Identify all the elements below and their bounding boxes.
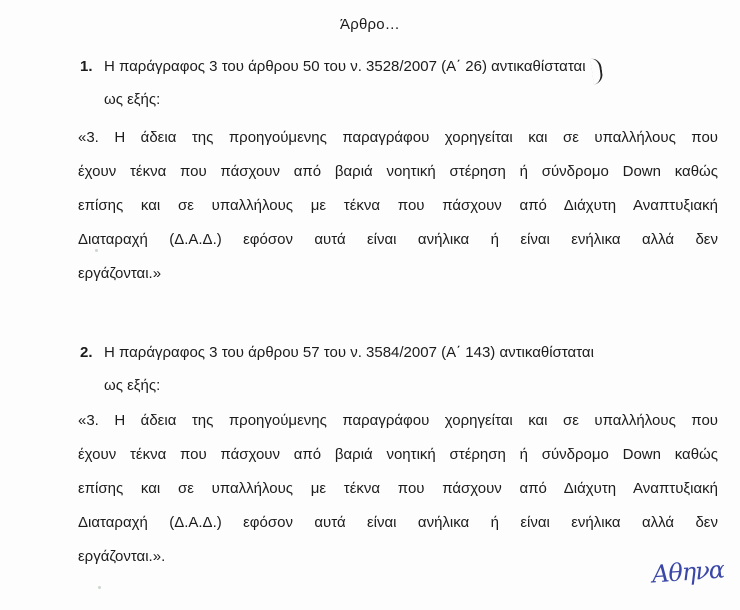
- quote-line: «3. Η άδεια της προηγούμενης παραγράφου …: [78, 121, 718, 155]
- quote-line: έχουν τέκνα που πάσχουν από βαριά νοητικ…: [78, 438, 718, 472]
- quote-line: Διαταραχή (Δ.Α.Δ.) εφόσον αυτά είναι ανή…: [78, 223, 718, 257]
- item-2-heading-text: Η παράγραφος 3 του άρθρου 57 του ν. 3584…: [104, 344, 594, 361]
- document-page: Άρθρο… 1.Η παράγραφος 3 του άρθρου 50 το…: [0, 0, 740, 610]
- scan-speck: [98, 586, 101, 589]
- quote-line: «3. Η άδεια της προηγούμενης παραγράφου …: [78, 404, 718, 438]
- item-2-quote: «3. Η άδεια της προηγούμενης παραγράφου …: [78, 404, 718, 574]
- quote-line: εργάζονται.».: [78, 540, 718, 574]
- quote-line: έχουν τέκνα που πάσχουν από βαριά νοητικ…: [78, 155, 718, 189]
- quote-line: εργάζονται.»: [78, 257, 718, 291]
- item-1-heading: 1.Η παράγραφος 3 του άρθρου 50 του ν. 35…: [80, 58, 720, 75]
- item-1-number: 1.: [80, 58, 104, 75]
- item-2-heading: 2.Η παράγραφος 3 του άρθρου 57 του ν. 35…: [80, 344, 720, 361]
- item-1-continuation: ως εξής:: [104, 91, 160, 108]
- item-1-quote: «3. Η άδεια της προηγούμενης παραγράφου …: [78, 121, 718, 291]
- quote-line: επίσης και σε υπαλλήλους με τέκνα που πά…: [78, 472, 718, 506]
- scan-speck: [95, 249, 98, 252]
- quote-line: Διαταραχή (Δ.Α.Δ.) εφόσον αυτά είναι ανή…: [78, 506, 718, 540]
- handwritten-signature: Αθηνα: [651, 556, 725, 589]
- item-1-heading-text: Η παράγραφος 3 του άρθρου 50 του ν. 3528…: [104, 58, 586, 75]
- article-title: Άρθρο…: [0, 16, 740, 33]
- quote-line: επίσης και σε υπαλλήλους με τέκνα που πά…: [78, 189, 718, 223]
- item-2-number: 2.: [80, 344, 104, 361]
- item-2-continuation: ως εξής:: [104, 377, 160, 394]
